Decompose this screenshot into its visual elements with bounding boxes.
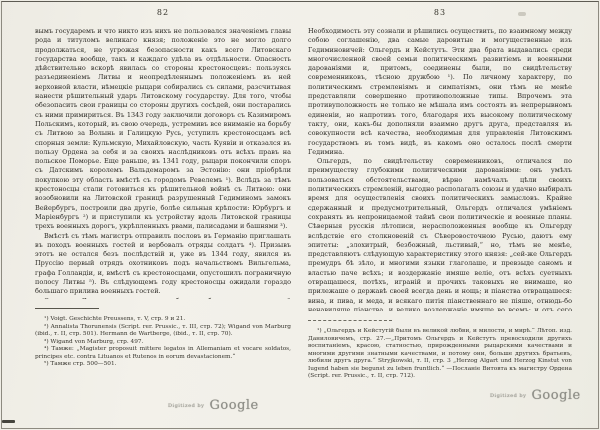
digitized-by-text: Digitized by (490, 393, 526, 399)
google-logo: Google (210, 398, 259, 413)
page-82: 82 вымъ государемъ и что никто изъ нихъ … (35, 8, 291, 378)
digitized-by-text: Digitized by (168, 403, 204, 409)
footnote: ¹) „Ольгердъ и Кейстутій были въ великой… (308, 328, 572, 381)
google-logo: Google (532, 388, 581, 403)
page-82-body: вымъ государемъ и что никто изъ нихъ не … (35, 27, 291, 299)
body-paragraph: Очевидно Литовскимъ князьямъ необходимо … (35, 297, 291, 299)
page-83-body: Необходимость эту сознали и рѣшились осу… (308, 27, 572, 311)
page-number-left: 82 (35, 8, 291, 17)
page-83-footnotes: ¹) „Ольгердъ и Кейстутій были въ великой… (308, 328, 572, 382)
scan-artifact (2, 420, 15, 423)
footnote-separator (35, 308, 99, 309)
page-83: 83 Необходимость эту сознали и рѣшились … (308, 8, 572, 382)
footnote: ²) Annalista Thorunensis (Script. rer. P… (35, 324, 291, 339)
book-scan-spread: 82 вымъ государемъ и что никто изъ нихъ … (0, 0, 600, 430)
page-number-right: 83 (308, 8, 572, 17)
footnote: ⁴) Тамже: „Magister proposuit mittere le… (35, 346, 291, 361)
footnote-separator (308, 320, 392, 321)
page-82-footnotes: ¹) Voigt. Geschichte Preussens, т. V, ст… (35, 316, 291, 378)
body-paragraph: Необходимость эту сознали и рѣшились осу… (308, 27, 572, 157)
footnote: ⁵) Тамже стр. 500—501. (35, 361, 291, 369)
footnote: ¹) Voigt. Geschichte Preussens, т. V, ст… (35, 316, 291, 324)
scan-artifact (518, 12, 526, 16)
body-paragraph: вымъ государемъ и что никто изъ нихъ не … (35, 27, 291, 232)
google-watermark: Digitized by Google (490, 384, 581, 403)
body-paragraph: Ольгердъ, по свидѣтельству современников… (308, 157, 572, 311)
footnote: ³) Wigand von Marburg, стр. 497. (35, 339, 291, 347)
body-paragraph: Вмѣстѣ съ тѣмъ магистръ отправилъ послов… (35, 232, 291, 297)
google-watermark: Digitized by Google (168, 394, 259, 413)
